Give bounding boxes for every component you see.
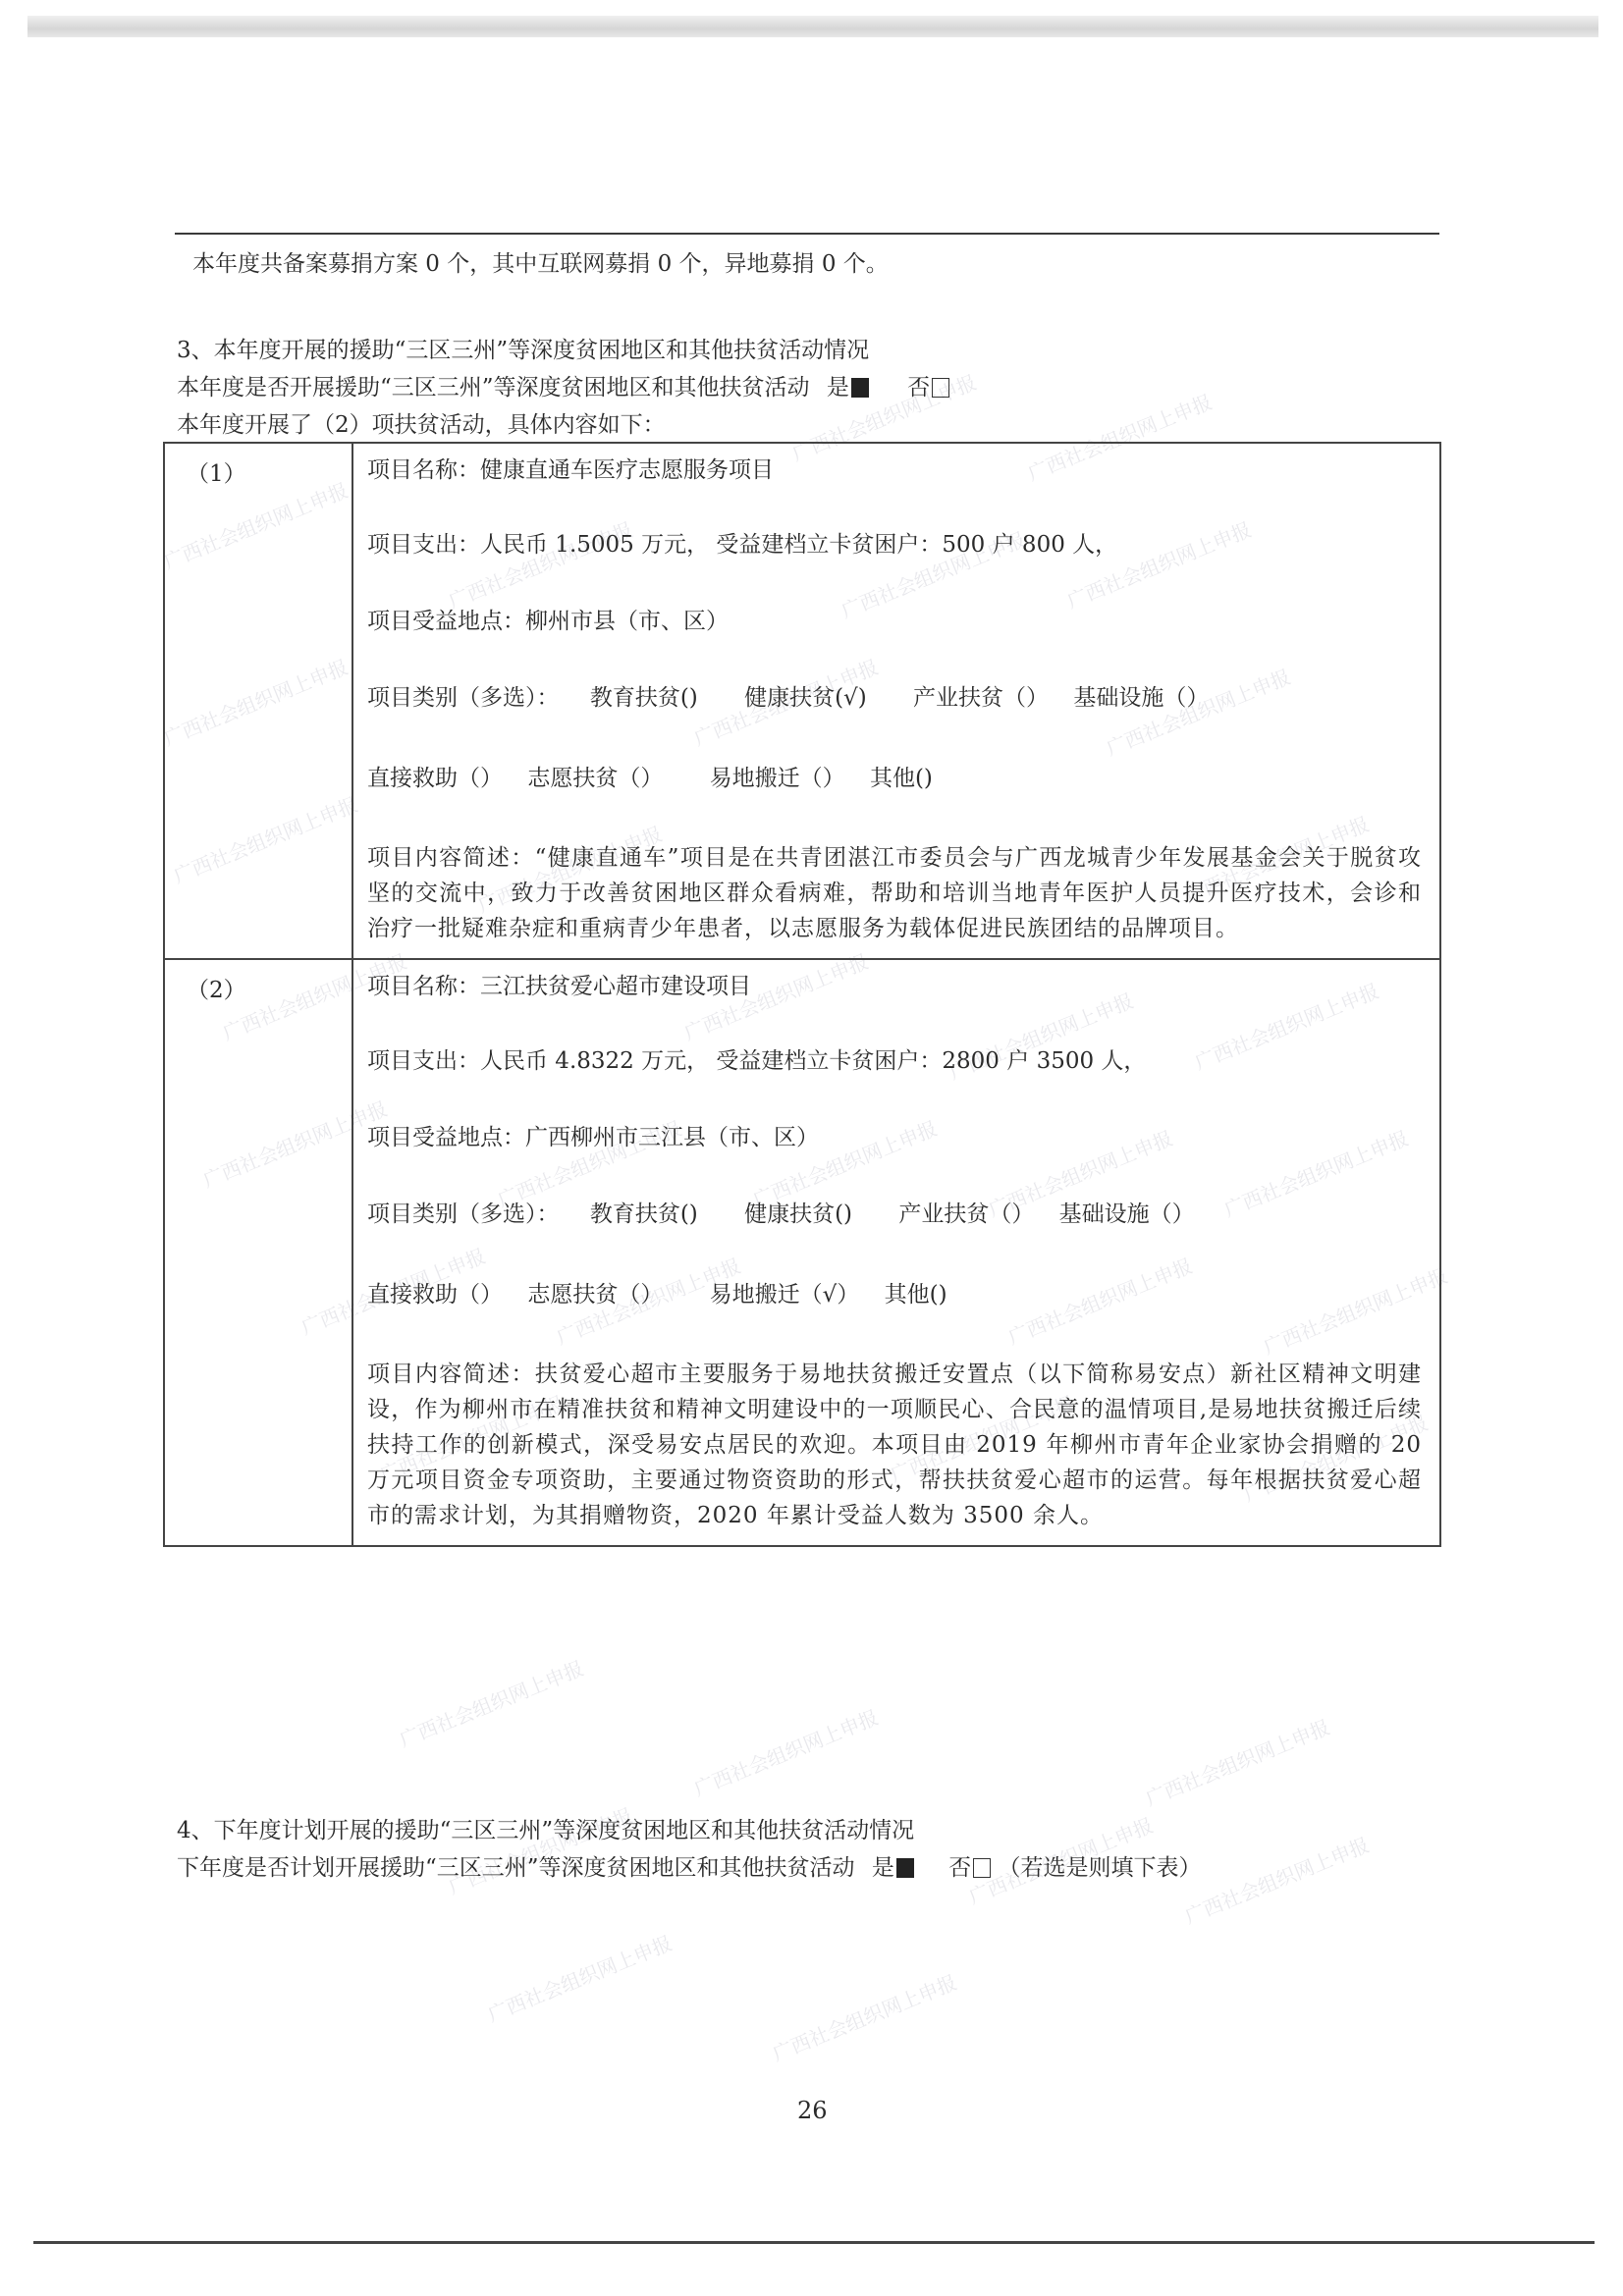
section4-no-checkbox[interactable] <box>973 1858 991 1878</box>
section4-title: 4、下年度计划开展的援助“三区三州”等深度贫困地区和其他扶贫活动情况 <box>177 1816 914 1845</box>
top-divider <box>175 233 1439 235</box>
activity-description: 项目内容简述：“健康直通车”项目是在共青团湛江市委员会与广西龙城青少年发展基金会… <box>367 840 1422 946</box>
section4-yes-checkbox[interactable] <box>896 1858 914 1878</box>
category-infrastructure: 基础设施（） <box>1073 685 1209 711</box>
section4-question-row: 下年度是否计划开展援助“三区三州”等深度贫困地区和其他扶贫活动 是 否 （若选是… <box>177 1853 1201 1883</box>
section4-question: 下年度是否计划开展援助“三区三州”等深度贫困地区和其他扶贫活动 <box>177 1855 855 1881</box>
category-relocation: 易地搬迁（√） <box>710 1282 860 1308</box>
watermark: 广西社会组织网上申报 <box>1180 1830 1373 1930</box>
category-other: 其他() <box>870 766 933 791</box>
section4-note: （若选是则填下表） <box>998 1855 1201 1881</box>
activity-location: 项目受益地点：广西柳州市三江县（市、区） <box>367 1123 1422 1152</box>
activity-categories-row2: 直接救助（） 志愿扶贫（） 易地搬迁（√） 其他() <box>367 1280 1422 1309</box>
category-education: 教育扶贫() <box>590 685 698 711</box>
category-direct-aid: 直接救助（） <box>367 1282 503 1308</box>
page-number: 26 <box>797 2097 828 2124</box>
category-direct-aid: 直接救助（） <box>367 766 503 791</box>
bottom-divider <box>33 2241 1595 2244</box>
section3-no-label: 否 <box>907 375 930 400</box>
activities-table: （1） 项目名称：健康直通车医疗志愿服务项目 项目支出：人民币 1.5005 万… <box>163 442 1441 1547</box>
activity-name: 项目名称：健康直通车医疗志愿服务项目 <box>367 455 1422 485</box>
category-other: 其他() <box>885 1282 947 1308</box>
category-industry: 产业扶贫（） <box>913 685 1049 711</box>
category-health: 健康扶贫(√) <box>744 685 867 711</box>
watermark: 广西社会组织网上申报 <box>768 1967 960 2067</box>
category-label: 项目类别（多选）： <box>367 1201 560 1227</box>
activity-row: （2） 项目名称：三江扶贫爱心超市建设项目 项目支出：人民币 4.8322 万元… <box>164 959 1440 1546</box>
watermark: 广西社会组织网上申报 <box>689 1702 882 1802</box>
category-health: 健康扶贫() <box>744 1201 852 1227</box>
section4-yes-label: 是 <box>872 1855 894 1881</box>
filing-summary: 本年度共备案募捐方案 0 个，其中互联网募捐 0 个，异地募捐 0 个。 <box>192 249 889 279</box>
section3-title: 3、本年度开展的援助“三区三州”等深度贫困地区和其他扶贫活动情况 <box>177 336 869 365</box>
activity-details: 项目名称：健康直通车医疗志愿服务项目 项目支出：人民币 1.5005 万元， 受… <box>352 443 1440 959</box>
category-industry: 产业扶贫（） <box>898 1201 1034 1227</box>
activity-expense: 项目支出：人民币 4.8322 万元， 受益建档立卡贫困户：2800 户 350… <box>367 1046 1422 1076</box>
category-volunteer: 志愿扶贫（） <box>527 1282 663 1308</box>
activity-row: （1） 项目名称：健康直通车医疗志愿服务项目 项目支出：人民币 1.5005 万… <box>164 443 1440 959</box>
watermark: 广西社会组织网上申报 <box>1141 1712 1333 1812</box>
activity-categories-row1: 项目类别（多选）： 教育扶贫() 健康扶贫(√) 产业扶贫（） 基础设施（） <box>367 683 1422 713</box>
watermark: 广西社会组织网上申报 <box>483 1928 676 2028</box>
section3-count: 本年度开展了（2）项扶贫活动，具体内容如下： <box>177 410 666 440</box>
section4-no-label: 否 <box>948 1855 971 1881</box>
section3-question-row: 本年度是否开展援助“三区三州”等深度贫困地区和其他扶贫活动 是 否 <box>177 373 949 402</box>
activity-details: 项目名称：三江扶贫爱心超市建设项目 项目支出：人民币 4.8322 万元， 受益… <box>352 959 1440 1546</box>
section3-yes-checkbox[interactable] <box>851 378 869 398</box>
activity-name: 项目名称：三江扶贫爱心超市建设项目 <box>367 972 1422 1001</box>
activity-description: 项目内容简述：扶贫爱心超市主要服务于易地扶贫搬迁安置点（以下简称易安点）新社区精… <box>367 1357 1422 1533</box>
category-education: 教育扶贫() <box>590 1201 698 1227</box>
activity-expense: 项目支出：人民币 1.5005 万元， 受益建档立卡贫困户：500 户 800 … <box>367 530 1422 560</box>
scan-top-edge <box>27 16 1598 37</box>
category-volunteer: 志愿扶贫（） <box>527 766 663 791</box>
category-relocation: 易地搬迁（） <box>710 766 845 791</box>
section3-yes-label: 是 <box>827 375 849 400</box>
activity-index: （1） <box>164 443 352 959</box>
activity-location: 项目受益地点：柳州市县（市、区） <box>367 607 1422 636</box>
watermark: 广西社会组织网上申报 <box>395 1653 587 1753</box>
activity-index: （2） <box>164 959 352 1546</box>
watermark: 广西社会组织网上申报 <box>444 1800 636 1900</box>
category-label: 项目类别（多选）： <box>367 685 560 711</box>
section3-question: 本年度是否开展援助“三区三州”等深度贫困地区和其他扶贫活动 <box>177 375 810 400</box>
activity-categories-row1: 项目类别（多选）： 教育扶贫() 健康扶贫() 产业扶贫（） 基础设施（） <box>367 1200 1422 1229</box>
section3-no-checkbox[interactable] <box>932 378 949 398</box>
category-infrastructure: 基础设施（） <box>1059 1201 1195 1227</box>
activity-categories-row2: 直接救助（） 志愿扶贫（） 易地搬迁（） 其他() <box>367 764 1422 793</box>
